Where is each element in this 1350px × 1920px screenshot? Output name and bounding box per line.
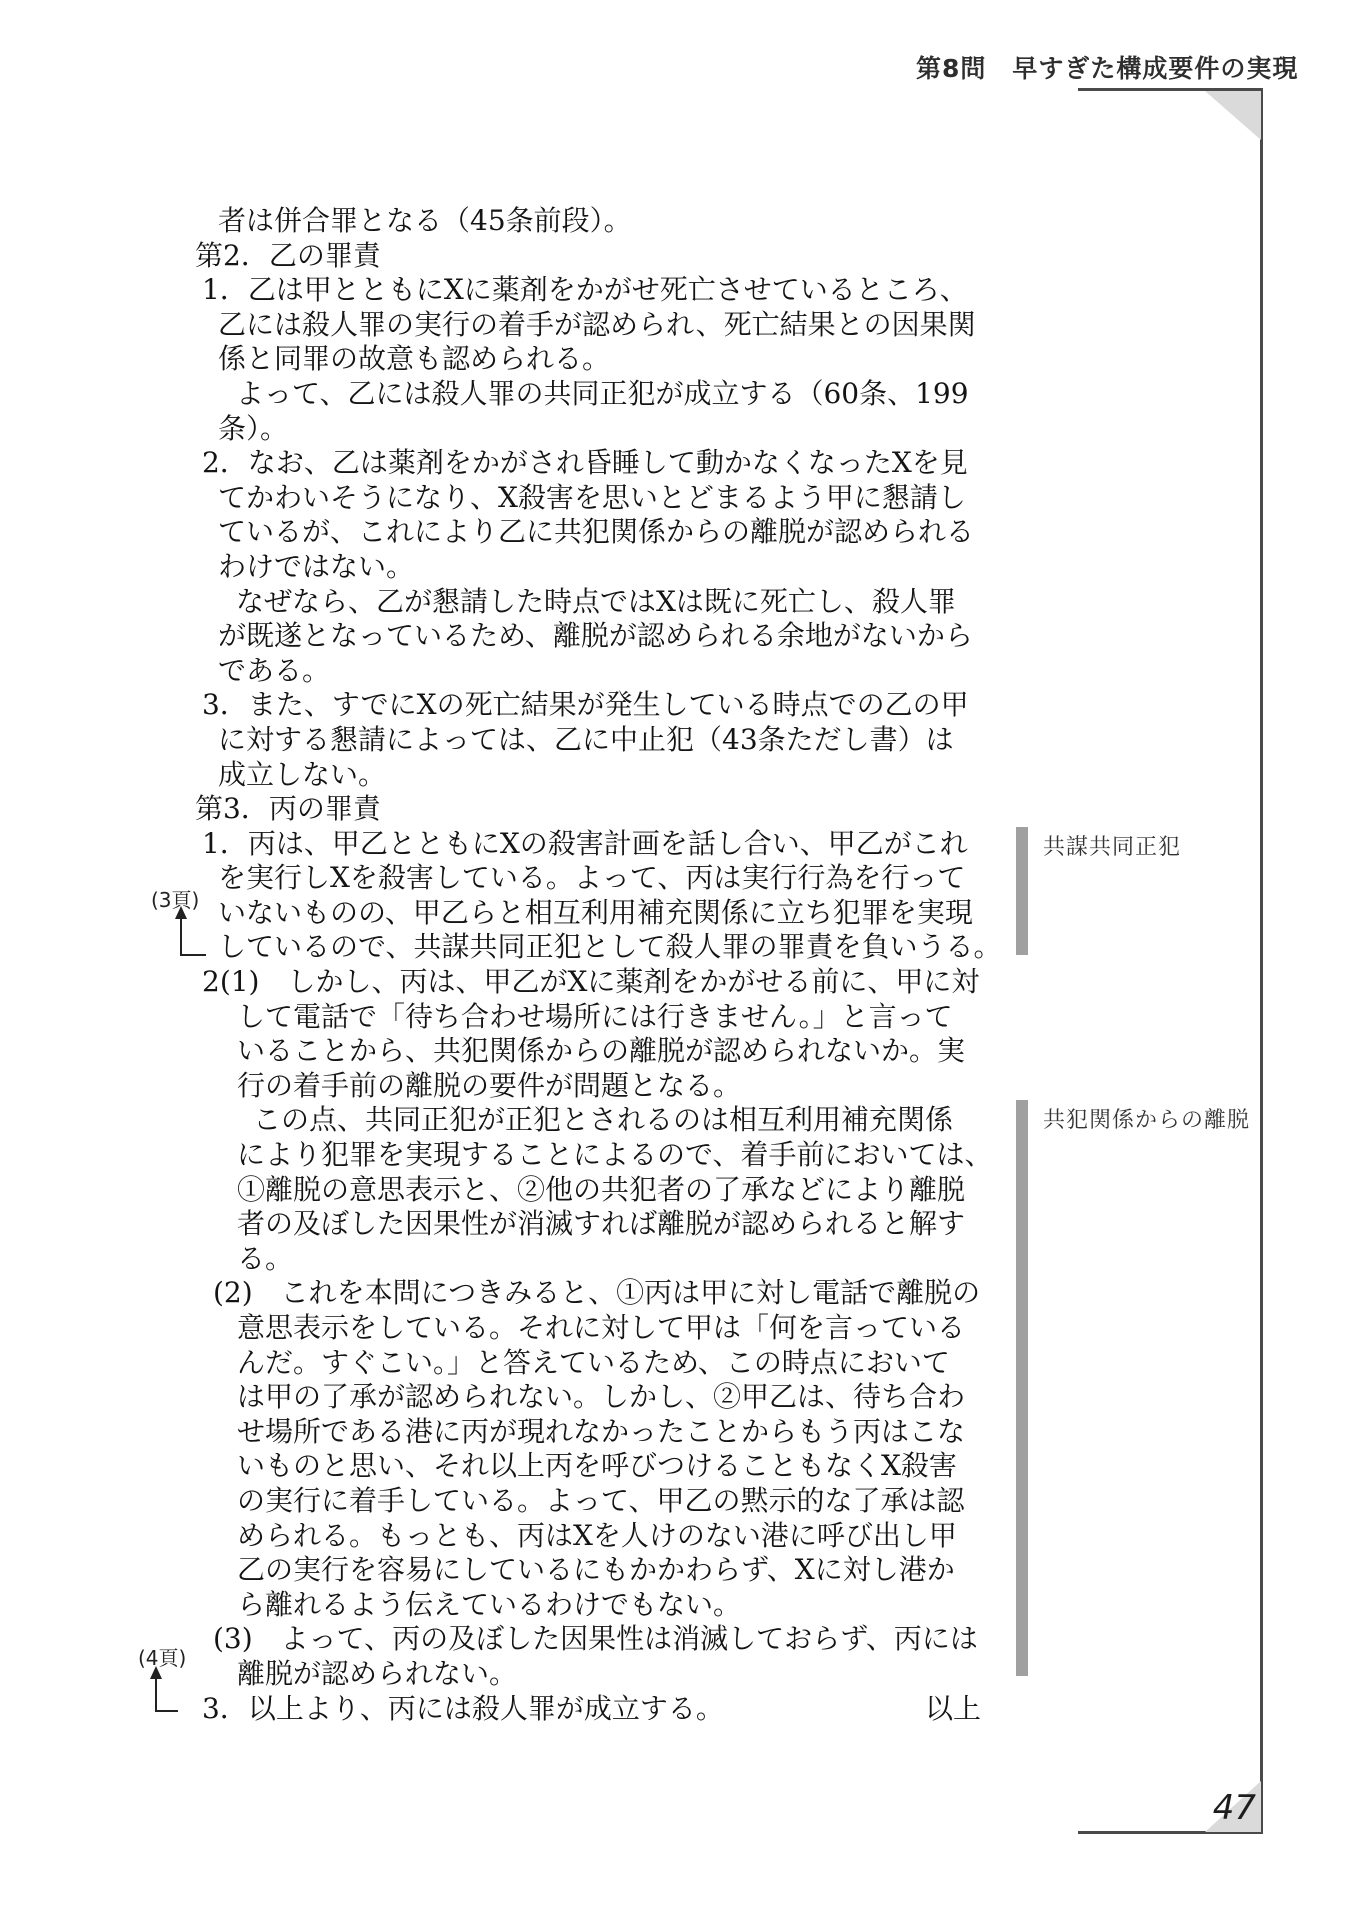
text-line: 1．丙は、甲乙とともにXの殺害計画を話し合い、甲乙がこれ [0,827,1080,862]
text-line: この点、共同正犯が正犯とされるのは相互利用補充関係 [0,1103,1080,1138]
text-line: よって、乙には殺人罪の共同正犯が成立する（60条、199 [0,377,1080,412]
text-line: により犯罪を実現することによるので、着手前においては、 [0,1138,1080,1173]
text-line: 成立しない。 [0,758,1080,793]
text-line: ているが、これにより乙に共犯関係からの離脱が認められる [0,515,1080,550]
text-line: 者の及ぼした因果性が消滅すれば離脱が認められると解す [0,1207,1080,1242]
margin-note-label: 共謀共同正犯 [1043,830,1181,861]
frame-rule-top [1078,88,1263,91]
page-header-title: 第8問 早すぎた構成要件の実現 [916,49,1298,85]
page-ref-arrow-line [155,1710,178,1712]
page-ref-arrow-line [180,917,182,956]
text-line: わけではない。 [0,550,1080,585]
text-line: る。 [0,1242,1080,1277]
page-ref-arrow-line [155,1677,157,1712]
text-line: 係と同罪の故意も認められる。 [0,342,1080,377]
text-line: てかわいそうになり、X殺害を思いとどまるよう甲に懇請し [0,481,1080,516]
text-line: は甲の了承が認められない。しかし、②甲乙は、待ち合わ [0,1380,1080,1415]
text-line: 1．乙は甲とともにXに薬剤をかがせ死亡させているところ、 [0,273,1080,308]
end-mark: 以上 [925,1692,981,1727]
body-text-container: 者は併合罪となる（45条前段）。第2．乙の罪責1．乙は甲とともにXに薬剤をかがせ… [0,204,1080,1726]
text-line: ①離脱の意思表示と、②他の共犯者の了承などにより離脱 [0,1173,1080,1208]
text-line: 第2．乙の罪責 [0,239,1080,274]
text-line: の実行に着手している。よって、甲乙の黙示的な了承は認 [0,1484,1080,1519]
text-line: 乙には殺人罪の実行の着手が認められ、死亡結果との因果関 [0,308,1080,343]
page-ref-arrow-line [180,954,206,956]
text-line: せ場所である港に丙が現れなかったことからもう丙はこな [0,1415,1080,1450]
text-line: なぜなら、乙が懇請した時点ではXは既に死亡し、殺人罪 [0,585,1080,620]
text-line: められる。もっとも、丙はXを人けのない港に呼び出し甲 [0,1519,1080,1554]
text-line: (2) これを本問につきみると、①丙は甲に対し電話で離脱の [0,1276,1080,1311]
text-line: しているので、共謀共同正犯として殺人罪の罪責を負いうる。 [0,930,1080,965]
text-line: いることから、共犯関係からの離脱が認められないか。実 [0,1034,1080,1069]
text-line: 意思表示をしている。それに対して甲は「何を言っている [0,1311,1080,1346]
margin-note-bar [1016,827,1028,955]
text-line: 第3．丙の罪責 [0,792,1080,827]
margin-note-bar [1016,1100,1028,1676]
text-line: 2(1) しかし、丙は、甲乙がXに薬剤をかがせる前に、甲に対 [0,965,1080,1000]
document-page: 第8問 早すぎた構成要件の実現 47 者は併合罪となる（45条前段）。第2．乙の… [0,0,1350,1920]
text-line: ら離れるよう伝えているわけでもない。 [0,1588,1080,1623]
corner-triangle-top [1205,91,1261,140]
text-line: 条）。 [0,412,1080,447]
text-line: 2．なお、乙は薬剤をかがされ昏睡して動かなくなったXを見 [0,446,1080,481]
margin-note-label: 共犯関係からの離脱 [1043,1103,1250,1134]
page-number: 47 [1198,1788,1256,1828]
text-line: に対する懇請によっては、乙に中止犯（43条ただし書）は [0,723,1080,758]
page-ref-label: (4頁) [138,1642,186,1671]
frame-rule-right [1260,88,1263,1834]
text-line: である。 [0,654,1080,689]
text-line: 3．以上より、丙には殺人罪が成立する。 [0,1692,1080,1727]
text-line: 乙の実行を容易にしているにもかかわらず、Xに対し港か [0,1553,1080,1588]
text-line: が既遂となっているため、離脱が認められる余地がないから [0,619,1080,654]
text-line: 3．また、すでにXの死亡結果が発生している時点での乙の甲 [0,688,1080,723]
text-line: して電話で「待ち合わせ場所には行きません。」と言って [0,1000,1080,1035]
text-line: いものと思い、それ以上丙を呼びつけることもなくX殺害 [0,1449,1080,1484]
text-line: 行の着手前の離脱の要件が問題となる。 [0,1069,1080,1104]
text-line: 者は併合罪となる（45条前段）。 [0,204,1080,239]
text-line: んだ。すぐこい。」と答えているため、この時点において [0,1346,1080,1381]
